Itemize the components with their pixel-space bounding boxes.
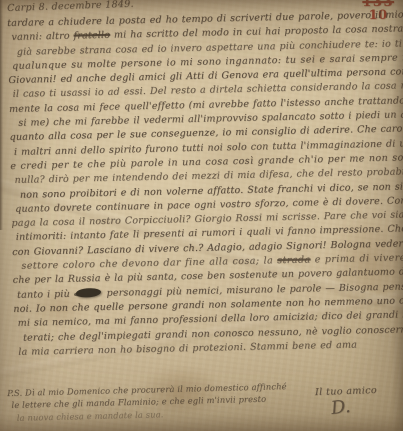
letter-body: tardare a chiudere la posta ed ho tempo … <box>7 8 403 360</box>
postscript: P.S. Dì al mio Domenico che procurerà il… <box>7 380 308 425</box>
dateline: Carpi 8. decembre 1849. <box>7 0 134 14</box>
struck-word: fratello <box>73 30 110 42</box>
signature-flourish: D. <box>330 396 352 419</box>
ink-blot <box>76 288 101 298</box>
manuscript-photo: 133 10 Carpi 8. decembre 1849. tardare a… <box>0 0 403 431</box>
struck-word: strada <box>277 254 311 266</box>
page-edge-shadow <box>0 0 3 230</box>
